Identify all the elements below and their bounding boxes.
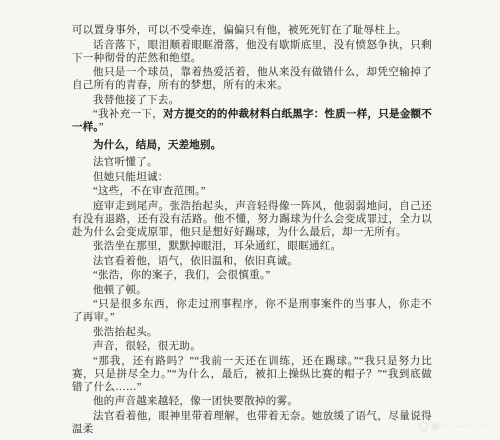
body-text: 法官听懂了。 [93,157,158,168]
watermark-text: @⋯⋯-⋯⋯⋯ [431,421,488,432]
body-text: 但她只能坦诚： [93,172,169,183]
body-text: 他顿了顿。 [93,285,147,296]
paragraph: 庭审走到尾声。张浩抬起头，声音轻得像一阵风，他弱弱地问，自己还有没有退路，还有没… [72,200,432,239]
paragraph: 我替他接了下去。 [72,94,432,107]
body-text: 他只是一个球员，靠着热爱活着，他从来没有做错什么，却凭空输掉了自己所有的青春，所… [72,67,432,91]
body-text: 庭审走到尾声。张浩抬起头，声音轻得像一阵风，他弱弱地问，自己还有没有退路，还有没… [72,201,432,238]
body-text: 他的声音越来越轻，像一团快要散掉的雾。 [93,396,298,407]
body-text: 可以置身事外，可以不受牵连，偏偏只有他，被死死钉在了耻辱柱上。 [72,25,407,36]
body-text: “我补充一下， [93,109,163,120]
paragraph: “只是很多东西，你走过刑事程序，你不是刑事案件的当事人，你走不了再审。” [72,298,432,324]
paragraph: 张浩抬起头。 [72,326,432,339]
paragraph: 话音落下，眼泪顺着眼眶滑落，他没有歇斯底里，没有愤怒争执，只剩下一种彻骨的茫然和… [72,39,432,65]
paragraph: “那我，还有路吗？”“我前一天还在训练，还在踢球。”“我只是努力比赛，只是拼尽全… [72,355,432,394]
paragraph: 他顿了顿。 [72,284,432,297]
paragraph: 他的声音越来越轻，像一团快要散掉的雾。 [72,395,432,408]
body-text: “那我，还有路吗？”“我前一天还在训练，还在踢球。”“我只是努力比赛，只是拼尽全… [72,356,432,393]
weibo-eye-icon [419,422,428,431]
body-text: 法官看着他，眼神里带着理解，也带着无奈。她放缓了语气，尽量说得温柔 [72,411,432,435]
body-text: “张浩，你的案子，我们，会很慎重。” [93,270,270,281]
paragraph: 他只是一个球员，靠着热爱活着，他从来没有做错什么，却凭空输掉了自己所有的青春，所… [72,66,432,92]
paragraph: 为什么，结局，天差地别。 [72,139,432,152]
paragraph: 可以置身事外，可以不受牵连，偏偏只有他，被死死钉在了耻辱柱上。 [72,24,432,37]
paragraph: 但她只能坦诚： [72,171,432,184]
body-text: “这些，不在审查范围。” [93,186,206,197]
emphasis-text: 为什么，结局，天差地别。 [93,139,221,151]
body-text: 张浩坐在那里，默默掉眼泪，耳朵通红，眼眶通红。 [93,241,341,252]
body-text: 我替他接了下去。 [93,95,179,106]
book-page: 可以置身事外，可以不受牵连，偏偏只有他，被死死钉在了耻辱柱上。话音落下，眼泪顺着… [0,0,500,440]
paragraph: 法官看着他，语气，依旧温和，依旧真诚。 [72,255,432,268]
paragraph: 声音，很轻，很无助。 [72,340,432,353]
body-text: 法官看着他，语气，依旧温和，依旧真诚。 [93,256,298,267]
watermark: @⋯⋯-⋯⋯⋯ [419,421,488,432]
text-block: 可以置身事外，可以不受牵连，偏偏只有他，被死死钉在了耻辱柱上。话音落下，眼泪顺着… [72,24,432,437]
body-text: ” [99,122,104,133]
paragraph: 张浩坐在那里，默默掉眼泪，耳朵通红，眼眶通红。 [72,240,432,253]
body-text: 张浩抬起头。 [93,327,158,338]
paragraph: “我补充一下，对方提交的的仲裁材料白纸黑字：性质一样，只是金额不一样。” [72,108,432,134]
body-text: 话音落下，眼泪顺着眼眶滑落，他没有歇斯底里，没有愤怒争执，只剩下一种彻骨的茫然和… [72,40,432,64]
body-text: 声音，很轻，很无助。 [93,341,201,352]
paragraph: 法官看着他，眼神里带着理解，也带着无奈。她放缓了语气，尽量说得温柔 [72,410,432,436]
paragraph: “张浩，你的案子，我们，会很慎重。” [72,269,432,282]
paragraph: 法官听懂了。 [72,156,432,169]
paragraph: “这些，不在审查范围。” [72,185,432,198]
body-text: “只是很多东西，你走过刑事程序，你不是刑事案件的当事人，你走不了再审。” [72,299,432,323]
